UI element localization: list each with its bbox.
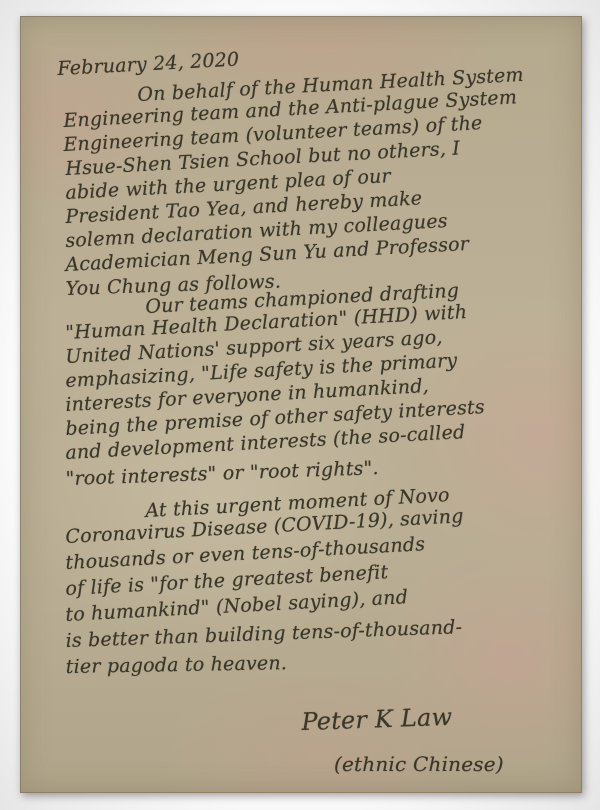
letter-line: tier pagoda to heaven. xyxy=(66,652,288,678)
signature-note: (ethnic Chinese) xyxy=(334,752,504,776)
signature-name: Peter K Law xyxy=(301,703,453,736)
handwritten-letter-paper: February 24, 2020 On behalf of the Human… xyxy=(20,16,582,793)
letter-line: "root interests" or "root rights". xyxy=(65,457,379,490)
letter-date: February 24, 2020 xyxy=(57,49,240,80)
